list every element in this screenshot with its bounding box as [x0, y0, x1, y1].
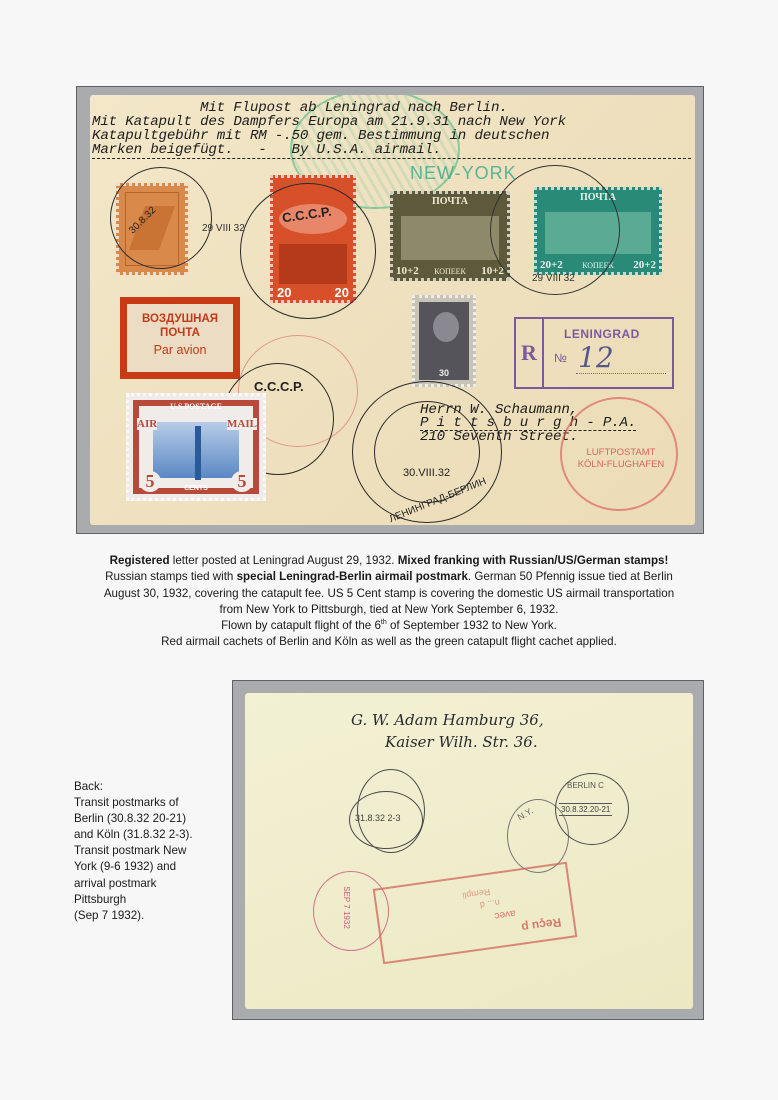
- airmail-label-fr: Par avion: [127, 340, 233, 360]
- typed-line-4: Marken beigefügt. - By U.S.A. airmail.: [92, 143, 441, 157]
- back-cover-frame: G. W. Adam Hamburg 36, Kaiser Wilh. Str.…: [232, 680, 704, 1020]
- caption-registered: Registered: [110, 554, 170, 567]
- back-side-note: Back: Transit postmarks of Berlin (30.8.…: [74, 779, 224, 924]
- stamp-left-label: AIR: [137, 418, 157, 430]
- receipt-line-3: n... d: [479, 897, 500, 910]
- postmark-berlin: [110, 167, 212, 269]
- typed-line-3: Katapultgebühr mit RM -.50 gem. Bestimmu…: [92, 129, 549, 143]
- stamp-top-label: ПОЧТА: [393, 196, 507, 207]
- typed-line-2: Mit Katapult des Dampfers Europa am 21.9…: [92, 115, 566, 129]
- postmark-leningrad-berlin-date: 30.VIII.32: [403, 467, 450, 479]
- catapult-cachet-text: NEW-YORK: [410, 163, 517, 184]
- registration-label: R LENINGRAD № 12: [514, 317, 674, 389]
- postmark-berlin-back-date: 30.8.32.20-21: [559, 803, 612, 816]
- typed-line-1: Mit Flupost ab Leningrad nach Berlin.: [200, 101, 508, 115]
- sender-line-2: Kaiser Wilh. Str. 36.: [385, 733, 538, 751]
- front-cover-frame: NEW-YORK Mit Flupost ab Leningrad nach B…: [76, 86, 704, 534]
- header-divider: [92, 158, 691, 159]
- stamp-soviet-30k: 30: [412, 295, 476, 387]
- registration-city: LENINGRAD: [564, 327, 640, 341]
- receipt-line-1: Reçu p: [521, 915, 563, 934]
- postmark-leningrad-2-date: 29 VIII 32: [532, 273, 575, 284]
- airmail-label-ru-1: ВОЗДУШНАЯ: [127, 312, 233, 326]
- stamp-value-right: 20+2: [633, 259, 656, 271]
- address-line-3: 210 Seventh Street.: [420, 430, 578, 444]
- receipt-line-2: avec: [494, 907, 516, 921]
- back-cover-envelope: G. W. Adam Hamburg 36, Kaiser Wilh. Str.…: [245, 693, 693, 1009]
- stamp-value: 30: [415, 368, 473, 378]
- stamp-bottom-label: CENTS: [129, 485, 263, 492]
- stamp-us-5c-airmail: U.S.POSTAGE AIR MAIL 5 5 CENTS: [126, 393, 266, 501]
- postmark-koln-back-date: 31.8.32 2-3: [355, 813, 401, 823]
- stamp-right-label: MAIL: [227, 418, 257, 430]
- sender-line-1: G. W. Adam Hamburg 36,: [351, 711, 544, 729]
- receipt-cachet: Reçu p avec n... d Rempli: [373, 862, 578, 965]
- airmail-etiquette: ВОЗДУШНАЯ ПОЧТА Par avion: [120, 297, 240, 379]
- caption-special-postmark: special Leningrad-Berlin airmail postmar…: [237, 570, 468, 583]
- registration-number: 12: [578, 341, 614, 374]
- front-caption: Registered letter posted at Leningrad Au…: [60, 553, 718, 651]
- registration-r: R: [516, 319, 544, 387]
- postmark-leningrad-date: 29 VIII 32: [202, 223, 245, 234]
- caption-mixed-franking: Mixed franking with Russian/US/German st…: [398, 554, 669, 567]
- front-cover-envelope: NEW-YORK Mit Flupost ab Leningrad nach B…: [90, 95, 695, 525]
- postmark-leningrad: [240, 183, 376, 319]
- postmark-koln-text: LUFTPOSTAMT KÖLN-FLUGHAFEN: [576, 447, 666, 471]
- postmark-cccp-2-text: C.C.C.P.: [254, 379, 304, 394]
- airmail-label-ru-2: ПОЧТА: [127, 326, 233, 340]
- postmark-berlin-back-label: BERLIN C: [567, 781, 604, 790]
- stamp-top-label: U.S.POSTAGE: [129, 402, 263, 411]
- registration-no-prefix: №: [554, 351, 567, 365]
- postmark-pittsburgh-date: SEP 7 1932: [342, 886, 351, 929]
